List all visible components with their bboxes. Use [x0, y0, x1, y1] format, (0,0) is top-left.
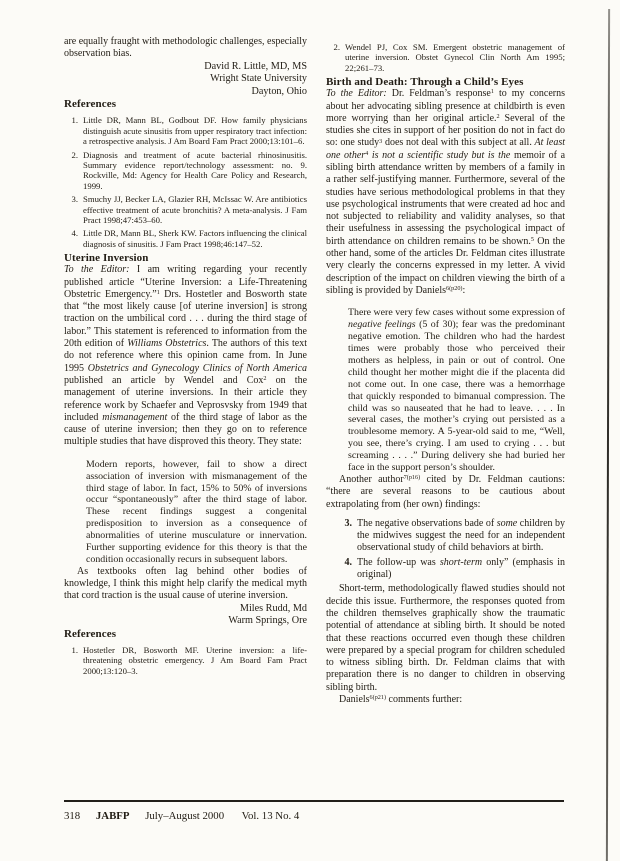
- right-column: 2. Wendel PJ, Cox SM. Emergent obstetric…: [326, 36, 565, 796]
- journal-abbreviation: JABFP: [96, 810, 130, 822]
- reference-text: Little DR, Mann BL, Sherk KW. Factors in…: [83, 228, 307, 249]
- reference-item: 2. Wendel PJ, Cox SM. Emergent obstetric…: [326, 42, 565, 73]
- reference-item: 1. Hostetler DR, Bosworth MF. Uterine in…: [64, 645, 307, 676]
- reference-item: 2. Diagnosis and treatment of acute bact…: [64, 150, 307, 192]
- reference-text: Smuchy JJ, Becker LA, Glazier RH, McIssa…: [83, 194, 307, 225]
- reference-number: 2.: [326, 42, 340, 73]
- two-column-layout: are equally fraught with methodologic ch…: [0, 0, 620, 796]
- list-item: 4. The follow-up was short-term only” (e…: [339, 557, 565, 582]
- reference-text: Hostetler DR, Bosworth MF. Uterine inver…: [83, 645, 307, 676]
- references-heading-uterine: References: [64, 628, 307, 640]
- letter-closing-paragraph: As textbooks often lag behind other bodi…: [64, 566, 307, 603]
- signature-location: Warm Springs, Ore: [64, 615, 307, 628]
- daniels-further-line: Daniels6(p21) comments further:: [326, 694, 565, 706]
- signature-name: David R. Little, MD, MS: [64, 61, 307, 74]
- reference-number: 1.: [64, 645, 78, 676]
- reference-list-continuation: 2. Wendel PJ, Cox SM. Emergent obstetric…: [326, 42, 565, 73]
- signature-name: Miles Rudd, Md: [64, 603, 307, 616]
- reference-item: 3. Smuchy JJ, Becker LA, Glazier RH, McI…: [64, 194, 307, 225]
- reference-number: 1.: [64, 115, 78, 146]
- list-item-text: The follow-up was short-term only” (emph…: [357, 557, 565, 582]
- references-heading-sinusitis: References: [64, 98, 307, 110]
- reference-item: 1. Little DR, Mann BL, Godbout DF. How f…: [64, 115, 307, 146]
- another-author-paragraph: Another author7(p16) cited by Dr. Feldma…: [326, 474, 565, 511]
- list-item-number: 3.: [339, 518, 352, 555]
- reference-item: 4. Little DR, Mann BL, Sherk KW. Factors…: [64, 228, 307, 249]
- signature-block-rudd: Miles Rudd, Md Warm Springs, Ore: [64, 603, 307, 628]
- blockquote-daniels: There were very few cases without some e…: [348, 307, 565, 474]
- signature-affiliation: Wright State University: [64, 73, 307, 86]
- letter-opening-paragraph: To the Editor: I am writing regarding yo…: [64, 264, 307, 448]
- reference-text: Diagnosis and treatment of acute bacteri…: [83, 150, 307, 192]
- volume-number: Vol. 13 No. 4: [242, 810, 300, 822]
- blockquote-modern-reports: Modern reports, however, fail to show a …: [86, 459, 307, 566]
- reference-text: Little DR, Mann BL, Godbout DF. How fami…: [83, 115, 307, 146]
- journal-page: are equally fraught with methodologic ch…: [0, 0, 620, 861]
- letter-opening-paragraph: To the Editor: Dr. Feldman’s response1 t…: [326, 88, 565, 297]
- quoted-numbered-list: 3. The negative observations bade of som…: [326, 518, 565, 581]
- list-item-text: The negative observations bade of some c…: [357, 518, 565, 555]
- reference-number: 4.: [64, 228, 78, 249]
- signature-location: Dayton, Ohio: [64, 86, 307, 99]
- reference-number: 2.: [64, 150, 78, 192]
- issue-date: July–August 2000: [145, 810, 224, 822]
- reference-number: 3.: [64, 194, 78, 225]
- reference-text: Wendel PJ, Cox SM. Emergent obstetric ma…: [345, 42, 565, 73]
- letter-heading-uterine-inversion: Uterine Inversion: [64, 252, 307, 264]
- carryover-paragraph: are equally fraught with methodologic ch…: [64, 36, 307, 61]
- page-footer: 318 JABFP July–August 2000 Vol. 13 No. 4: [64, 800, 564, 823]
- list-item: 3. The negative observations bade of som…: [339, 518, 565, 555]
- page-number: 318: [64, 810, 80, 822]
- left-column: are equally fraught with methodologic ch…: [64, 36, 307, 796]
- short-term-paragraph: Short-term, methodologically flawed stud…: [326, 583, 565, 694]
- reference-list-uterine: 1. Hostetler DR, Bosworth MF. Uterine in…: [64, 645, 307, 676]
- signature-block-little: David R. Little, MD, MS Wright State Uni…: [64, 61, 307, 99]
- list-item-number: 4.: [339, 557, 352, 582]
- reference-list-sinusitis: 1. Little DR, Mann BL, Godbout DF. How f…: [64, 115, 307, 249]
- letter-heading-birth-death: Birth and Death: Through a Child’s Eyes: [326, 76, 565, 88]
